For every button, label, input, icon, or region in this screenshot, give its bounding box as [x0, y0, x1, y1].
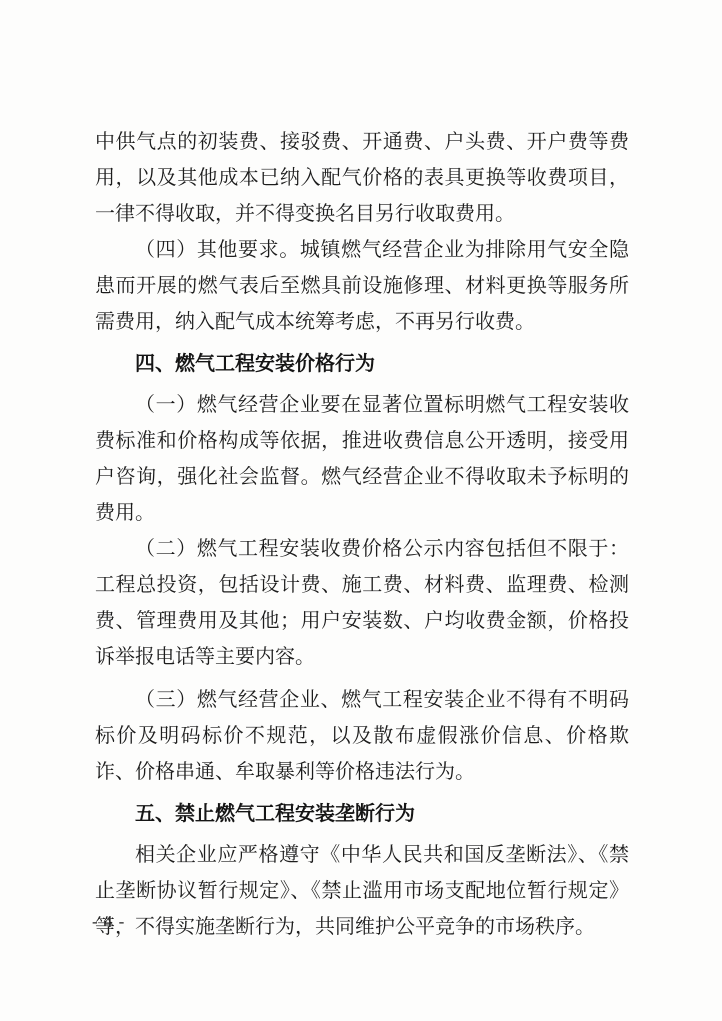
paragraph-4-2: （二）燃气工程安装收费价格公示内容包括但不限于：工程总投资，包括设计费、施工费、… — [95, 531, 629, 675]
section-heading-5: 五、禁止燃气工程安装垄断行为 — [95, 796, 629, 832]
document-body: 中供气点的初装费、接驳费、开通费、户头费、开户费等费用，以及其他成本已纳入配气价… — [95, 124, 629, 945]
paragraph-4-1: （一）燃气经营企业要在显著位置标明燃气工程安装收费标准和价格构成等依据，推进收费… — [95, 387, 629, 531]
section-heading-4: 四、燃气工程安装价格行为 — [95, 346, 629, 382]
paragraph-4-3: （三）燃气经营企业、燃气工程安装企业不得有不明码标价及明码标价不规范，以及散布虚… — [95, 682, 629, 790]
paragraph-5-1: 相关企业应严格遵守《中华人民共和国反垄断法》、《禁止垄断协议暂行规定》、《禁止滥… — [95, 837, 629, 945]
paragraph-item-4: （四）其他要求。城镇燃气经营企业为排除用气安全隐患而开展的燃气表后至燃具前设施修… — [95, 232, 629, 340]
scanned-document-page: 中供气点的初装费、接驳费、开通费、户头费、开户费等费用，以及其他成本已纳入配气价… — [0, 0, 722, 1021]
page-number: - 4 - — [92, 912, 125, 932]
paragraph-continuation: 中供气点的初装费、接驳费、开通费、户头费、开户费等费用，以及其他成本已纳入配气价… — [95, 124, 629, 232]
